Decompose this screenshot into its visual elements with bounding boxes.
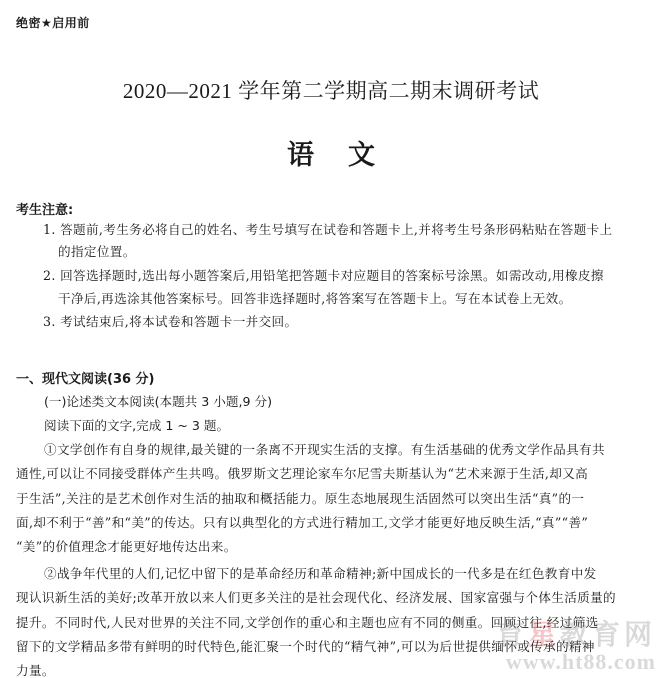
paragraph-2-line-3: 提升。不同时代,人民对世界的关注不同,文学创作的重心和主题也应有不同的侧重。回顾… <box>16 612 599 631</box>
paragraph-1-line-4: 面,却不利于“善”和“美”的传达。只有以典型化的方式进行精加工,文学才能更好地反… <box>16 512 588 531</box>
paragraph-2-line-2: 现认识新生活的美好;改革开放以来人们更多关注的是社会现代化、经济发展、国家富强与… <box>16 587 616 606</box>
paragraph-1-line-5: “美”的价值理念才能更好地传达出来。 <box>16 536 237 555</box>
reading-instruction: 阅读下面的文字,完成 1 ~ 3 题。 <box>44 415 229 434</box>
exam-page: 绝密★启用前 2020—2021 学年第二学期高二期末调研考试 语文 考生注意:… <box>0 0 662 678</box>
notice-line-3: 3. 考试结束后,将本试卷和答题卡一并交回。 <box>43 311 297 330</box>
notice-heading: 考生注意: <box>16 199 73 218</box>
notice-line-1-cont: 的指定位置。 <box>58 241 136 260</box>
paragraph-2-line-4: 留下的文学精品多带有鲜明的时代特色,能汇聚一个时代的“精气神”,可以为后世提供缅… <box>16 636 595 655</box>
paragraph-2-line-5: 力量。 <box>16 660 55 678</box>
subsection-heading: (一)论述类文本阅读(本题共 3 小题,9 分) <box>44 391 272 410</box>
paragraph-1-line-2: 通性,可以让不同接受群体产生共鸣。俄罗斯文艺理论家车尔尼雪夫斯基认为“艺术来源于… <box>16 463 588 482</box>
confidential-mark: 绝密★启用前 <box>16 14 90 31</box>
subject-char-1: 语 <box>287 140 314 171</box>
subject-title: 语文 <box>0 133 662 172</box>
notice-line-2: 2. 回答选择题时,选出每小题答案后,用铅笔把答题卡对应题目的答案标号涂黑。如需… <box>43 265 604 284</box>
notice-line-1: 1. 答题前,考生务必将自己的姓名、考生号填写在试卷和答题卡上,并将考生号条形码… <box>43 219 612 238</box>
subject-char-2: 文 <box>348 140 375 171</box>
exam-title: 2020—2021 学年第二学期高二期末调研考试 <box>0 75 662 105</box>
section-heading: 一、现代文阅读(36 分) <box>16 368 155 387</box>
paragraph-1-line-1: ①文学创作有自身的规律,最关键的一条离不开现实生活的支撑。有生活基础的优秀文学作… <box>44 439 605 458</box>
paragraph-2-line-1: ②战争年代里的人们,记忆中留下的是革命经历和革命精神;新中国成长的一代多是在红色… <box>44 563 597 582</box>
paragraph-1-line-3: 于生活”,关注的是艺术创作对生活的抽取和概括能力。原生态地展现生活固然可以突出生… <box>16 488 584 507</box>
notice-line-2-cont: 干净后,再选涂其他答案标号。回答非选择题时,将答案写在答题卡上。写在本试卷上无效… <box>58 288 572 307</box>
